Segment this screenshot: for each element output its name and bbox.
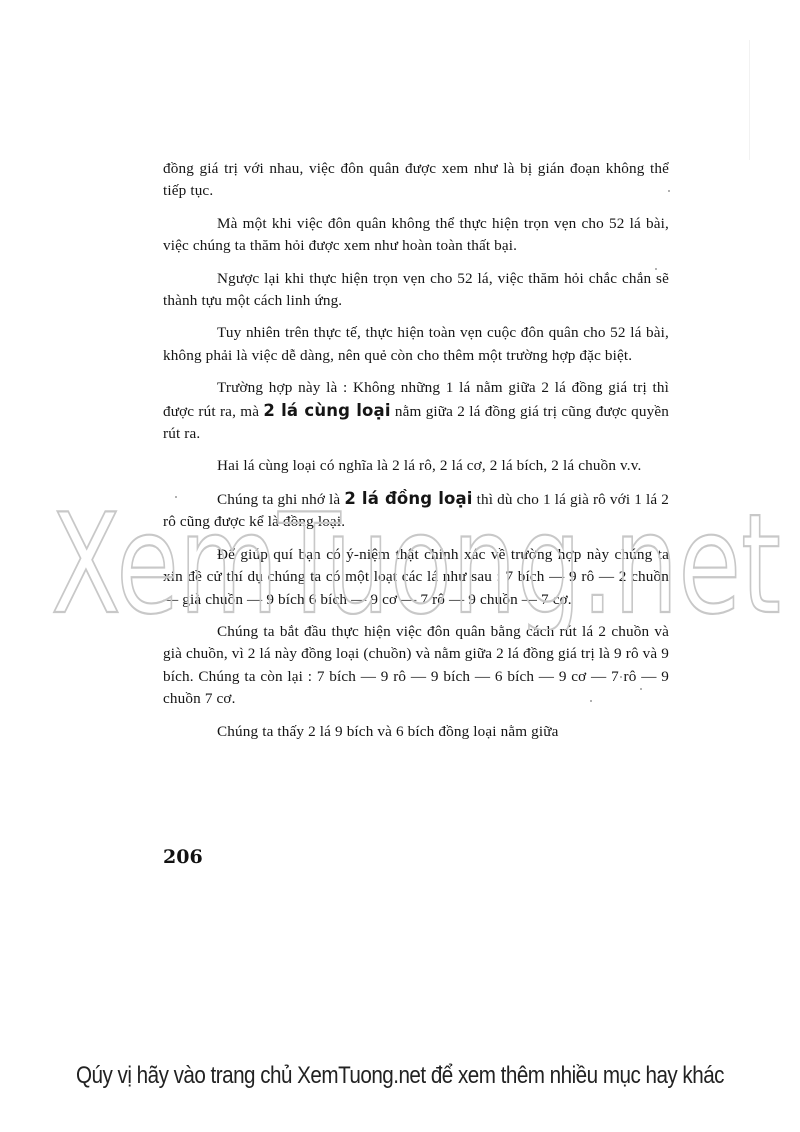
text-run: Chúng ta bắt đầu thực hiện việc đôn quân…	[163, 623, 669, 707]
emphasized-text: 2 lá cùng loại	[263, 401, 390, 420]
text-run: Tuy nhiên trên thực tế, thực hiện toàn v…	[163, 324, 669, 363]
body-text: đồng giá trị với nhau, việc đôn quân đượ…	[163, 158, 669, 753]
footer-promo: Qúy vị hãy vào trang chủ XemTuong.net để…	[56, 1062, 744, 1090]
text-run: Hai lá cùng loại có nghĩa là 2 lá rô, 2 …	[217, 457, 641, 474]
text-run: Để giúp quí bạn có ý-niệm thật chính xác…	[163, 546, 669, 608]
text-run: Ngược lại khi thực hiện trọn vẹn cho 52 …	[163, 270, 669, 309]
text-run: Mà một khi việc đôn quân không thể thực …	[163, 215, 669, 254]
text-run: Chúng ta thấy 2 lá 9 bích và 6 bích đồng…	[217, 723, 559, 740]
emphasized-text: 2 lá đồng loại	[344, 489, 472, 508]
paragraph: Mà một khi việc đôn quân không thể thực …	[163, 213, 669, 258]
footer-prefix: Qúy vị hãy vào trang chủ	[76, 1062, 297, 1089]
paragraph: Để giúp quí bạn có ý-niệm thật chính xác…	[163, 544, 669, 611]
paragraph: Chúng ta bắt đầu thực hiện việc đôn quân…	[163, 621, 669, 711]
paragraph: Chúng ta thấy 2 lá 9 bích và 6 bích đồng…	[163, 721, 669, 743]
page-number: 206	[163, 846, 203, 868]
scanned-book-page: đồng giá trị với nhau, việc đôn quân đượ…	[0, 0, 800, 1040]
site-link[interactable]: XemTuong.net	[297, 1062, 425, 1089]
text-run: Chúng ta ghi nhớ là	[217, 491, 344, 508]
paragraph: Chúng ta ghi nhớ là 2 lá đồng loại thì d…	[163, 488, 669, 534]
paragraph: Hai lá cùng loại có nghĩa là 2 lá rô, 2 …	[163, 455, 669, 477]
paragraph: Trường hợp này là : Không những 1 lá nằm…	[163, 377, 669, 445]
scan-edge-line	[749, 40, 750, 160]
paragraph: đồng giá trị với nhau, việc đôn quân đượ…	[163, 158, 669, 203]
footer-suffix: để xem thêm nhiều mục hay khác	[426, 1062, 724, 1089]
paragraph: Ngược lại khi thực hiện trọn vẹn cho 52 …	[163, 268, 669, 313]
paragraph: Tuy nhiên trên thực tế, thực hiện toàn v…	[163, 322, 669, 367]
text-run: đồng giá trị với nhau, việc đôn quân đượ…	[163, 160, 669, 199]
